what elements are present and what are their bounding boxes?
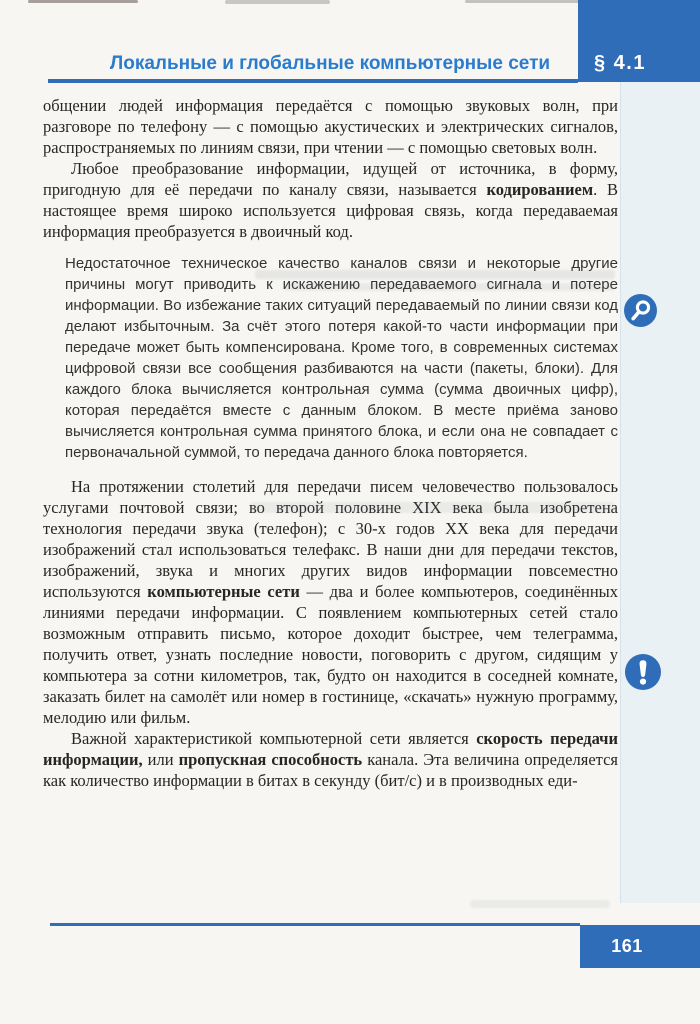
scan-artifact <box>225 0 330 4</box>
paragraph-text: Важной характеристикой компьютерной сети… <box>71 729 476 748</box>
page-edge-tint <box>620 82 700 903</box>
bold-term: компьютерные сети <box>147 582 300 601</box>
page-title: Локальные и глобальные компьютерные сети <box>48 53 578 75</box>
paragraph: Важной характеристикой компьютерной сети… <box>43 728 618 791</box>
magnifier-icon <box>624 294 657 327</box>
bold-term: пропускная способность <box>179 750 363 769</box>
bold-term: кодированием <box>486 180 593 199</box>
exclamation-icon <box>625 654 661 690</box>
paragraph: общении людей информация передаётся с по… <box>43 95 618 158</box>
section-label: § 4.1 <box>594 52 646 75</box>
scan-artifact <box>28 0 138 3</box>
paragraph-text: — два и более компьютеров, соединённых л… <box>43 582 618 727</box>
header-rule <box>48 79 578 83</box>
body-text: общении людей информация передаётся с по… <box>43 95 618 791</box>
bleedthrough-artifact <box>285 283 615 291</box>
bleedthrough-artifact <box>470 900 610 908</box>
bleedthrough-artifact <box>255 270 615 279</box>
paragraph: Любое преобразование информации, идущей … <box>43 158 618 242</box>
footer-rule <box>50 923 580 926</box>
paragraph-text: общении людей информация передаётся с по… <box>43 96 618 157</box>
bleedthrough-artifact <box>250 502 615 513</box>
textbook-page: Локальные и глобальные компьютерные сети… <box>0 0 700 1024</box>
section-badge: § 4.1 <box>578 0 700 82</box>
page-number-label: 161 <box>611 936 669 957</box>
paragraph-text: или <box>143 750 179 769</box>
paragraph: На протяжении столетий для передачи писе… <box>43 476 618 728</box>
page-number: 161 <box>580 925 700 968</box>
